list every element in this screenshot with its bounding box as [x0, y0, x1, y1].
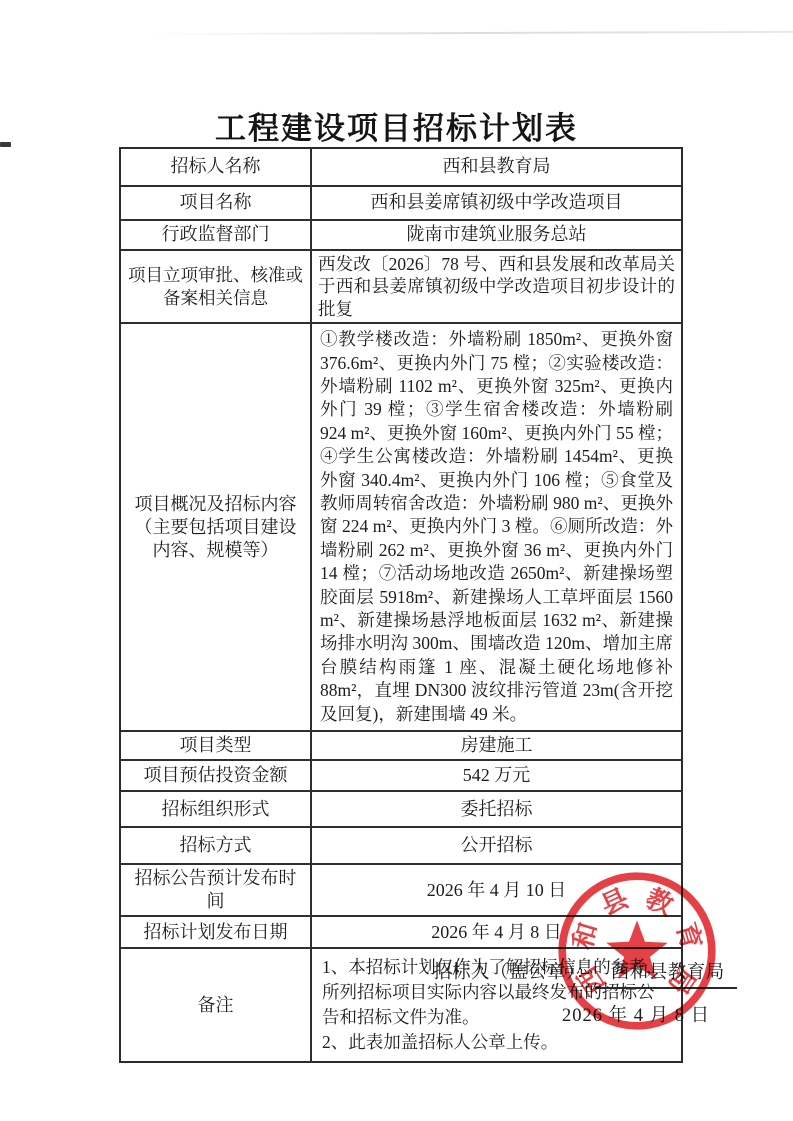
row-label-bidder-name: 招标人名称	[121, 149, 312, 185]
signer-name: 西和县教育局	[595, 958, 737, 989]
table-row: 招标方式 公开招标	[121, 826, 681, 863]
row-value-supervising-dept: 陇南市建筑业服务总站	[312, 221, 681, 249]
table-row: 项目名称 西和县姜席镇初级中学改造项目	[121, 185, 681, 219]
row-label-organization-form: 招标组织形式	[121, 792, 312, 826]
table-row: 项目预估投资金额 542 万元	[121, 759, 681, 790]
row-label-remarks: 备注	[121, 949, 312, 1061]
signature-line: 招标人（盖公章）：西和县教育局	[433, 958, 737, 989]
row-label-supervising-dept: 行政监督部门	[121, 221, 312, 249]
table-row: 招标组织形式 委托招标	[121, 790, 681, 826]
table-row: 项目概况及招标内容（主要包括项目建设内容、规模等） ①教学楼改造：外墙粉刷 18…	[121, 322, 681, 730]
row-label-announcement-date: 招标公告预计发布时间	[121, 865, 312, 915]
row-value-plan-release-date: 2026 年 4 月 8 日	[312, 917, 681, 947]
table-row: 招标公告预计发布时间 2026 年 4 月 10 日	[121, 863, 681, 915]
page-title: 工程建设项目招标计划表	[0, 103, 793, 148]
table-row: 招标人名称 西和县教育局	[121, 149, 681, 185]
row-label-bidding-method: 招标方式	[121, 828, 312, 863]
row-value-organization-form: 委托招标	[312, 792, 681, 826]
table-row: 项目立项审批、核准或备案相关信息 西发改〔2026〕78 号、西和县发展和改革局…	[121, 249, 681, 322]
row-label-project-name: 项目名称	[121, 187, 312, 219]
scan-artifact-line	[150, 31, 793, 35]
row-label-plan-release-date: 招标计划发布日期	[121, 917, 312, 947]
row-label-estimated-investment: 项目预估投资金额	[121, 761, 312, 790]
row-value-bidder-name: 西和县教育局	[312, 149, 681, 185]
row-value-estimated-investment: 542 万元	[312, 761, 681, 790]
row-value-project-type: 房建施工	[312, 732, 681, 759]
row-value-announcement-date: 2026 年 4 月 10 日	[312, 865, 681, 915]
row-value-approval-info: 西发改〔2026〕78 号、西和县发展和改革局关于西和县姜席镇初级中学改造项目初…	[312, 251, 681, 322]
table-row: 招标计划发布日期 2026 年 4 月 8 日	[121, 915, 681, 947]
row-value-project-name: 西和县姜席镇初级中学改造项目	[312, 187, 681, 219]
table-row: 行政监督部门 陇南市建筑业服务总站	[121, 219, 681, 249]
table-row: 项目类型 房建施工	[121, 730, 681, 759]
document-page: 工程建设项目招标计划表 招标人名称 西和县教育局 项目名称 西和县姜席镇初级中学…	[0, 0, 793, 1121]
row-label-approval-info: 项目立项审批、核准或备案相关信息	[121, 251, 312, 322]
bidding-plan-table: 招标人名称 西和县教育局 项目名称 西和县姜席镇初级中学改造项目 行政监督部门 …	[119, 147, 683, 1063]
signature-date: 2026 年 4 月 8 日	[562, 1001, 710, 1027]
signer-label: 招标人（盖公章）：	[433, 963, 595, 983]
row-value-bidding-method: 公开招标	[312, 828, 681, 863]
row-value-project-overview: ①教学楼改造：外墙粉刷 1850m²、更换外窗 376.6m²、更换内外门 75…	[312, 324, 681, 730]
row-label-project-overview: 项目概况及招标内容（主要包括项目建设内容、规模等）	[121, 324, 312, 730]
row-label-project-type: 项目类型	[121, 732, 312, 759]
